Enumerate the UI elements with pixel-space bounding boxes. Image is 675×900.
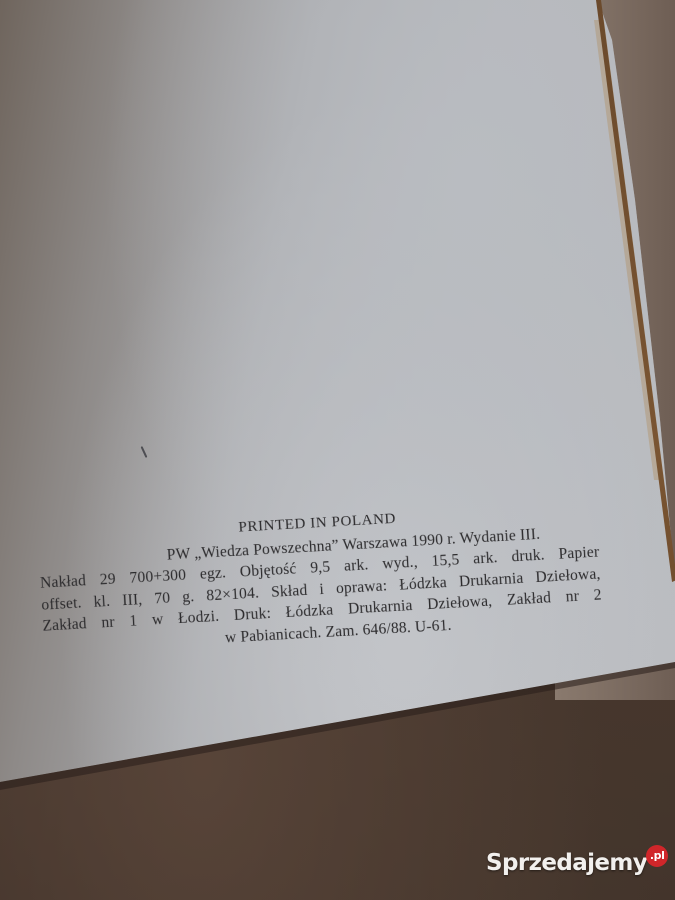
watermark-brand: Sprzedajemy <box>486 848 647 878</box>
watermark-tld-badge: .pl <box>646 845 668 867</box>
sprzedajemy-watermark: Sprzedajemy .pl <box>486 848 668 878</box>
